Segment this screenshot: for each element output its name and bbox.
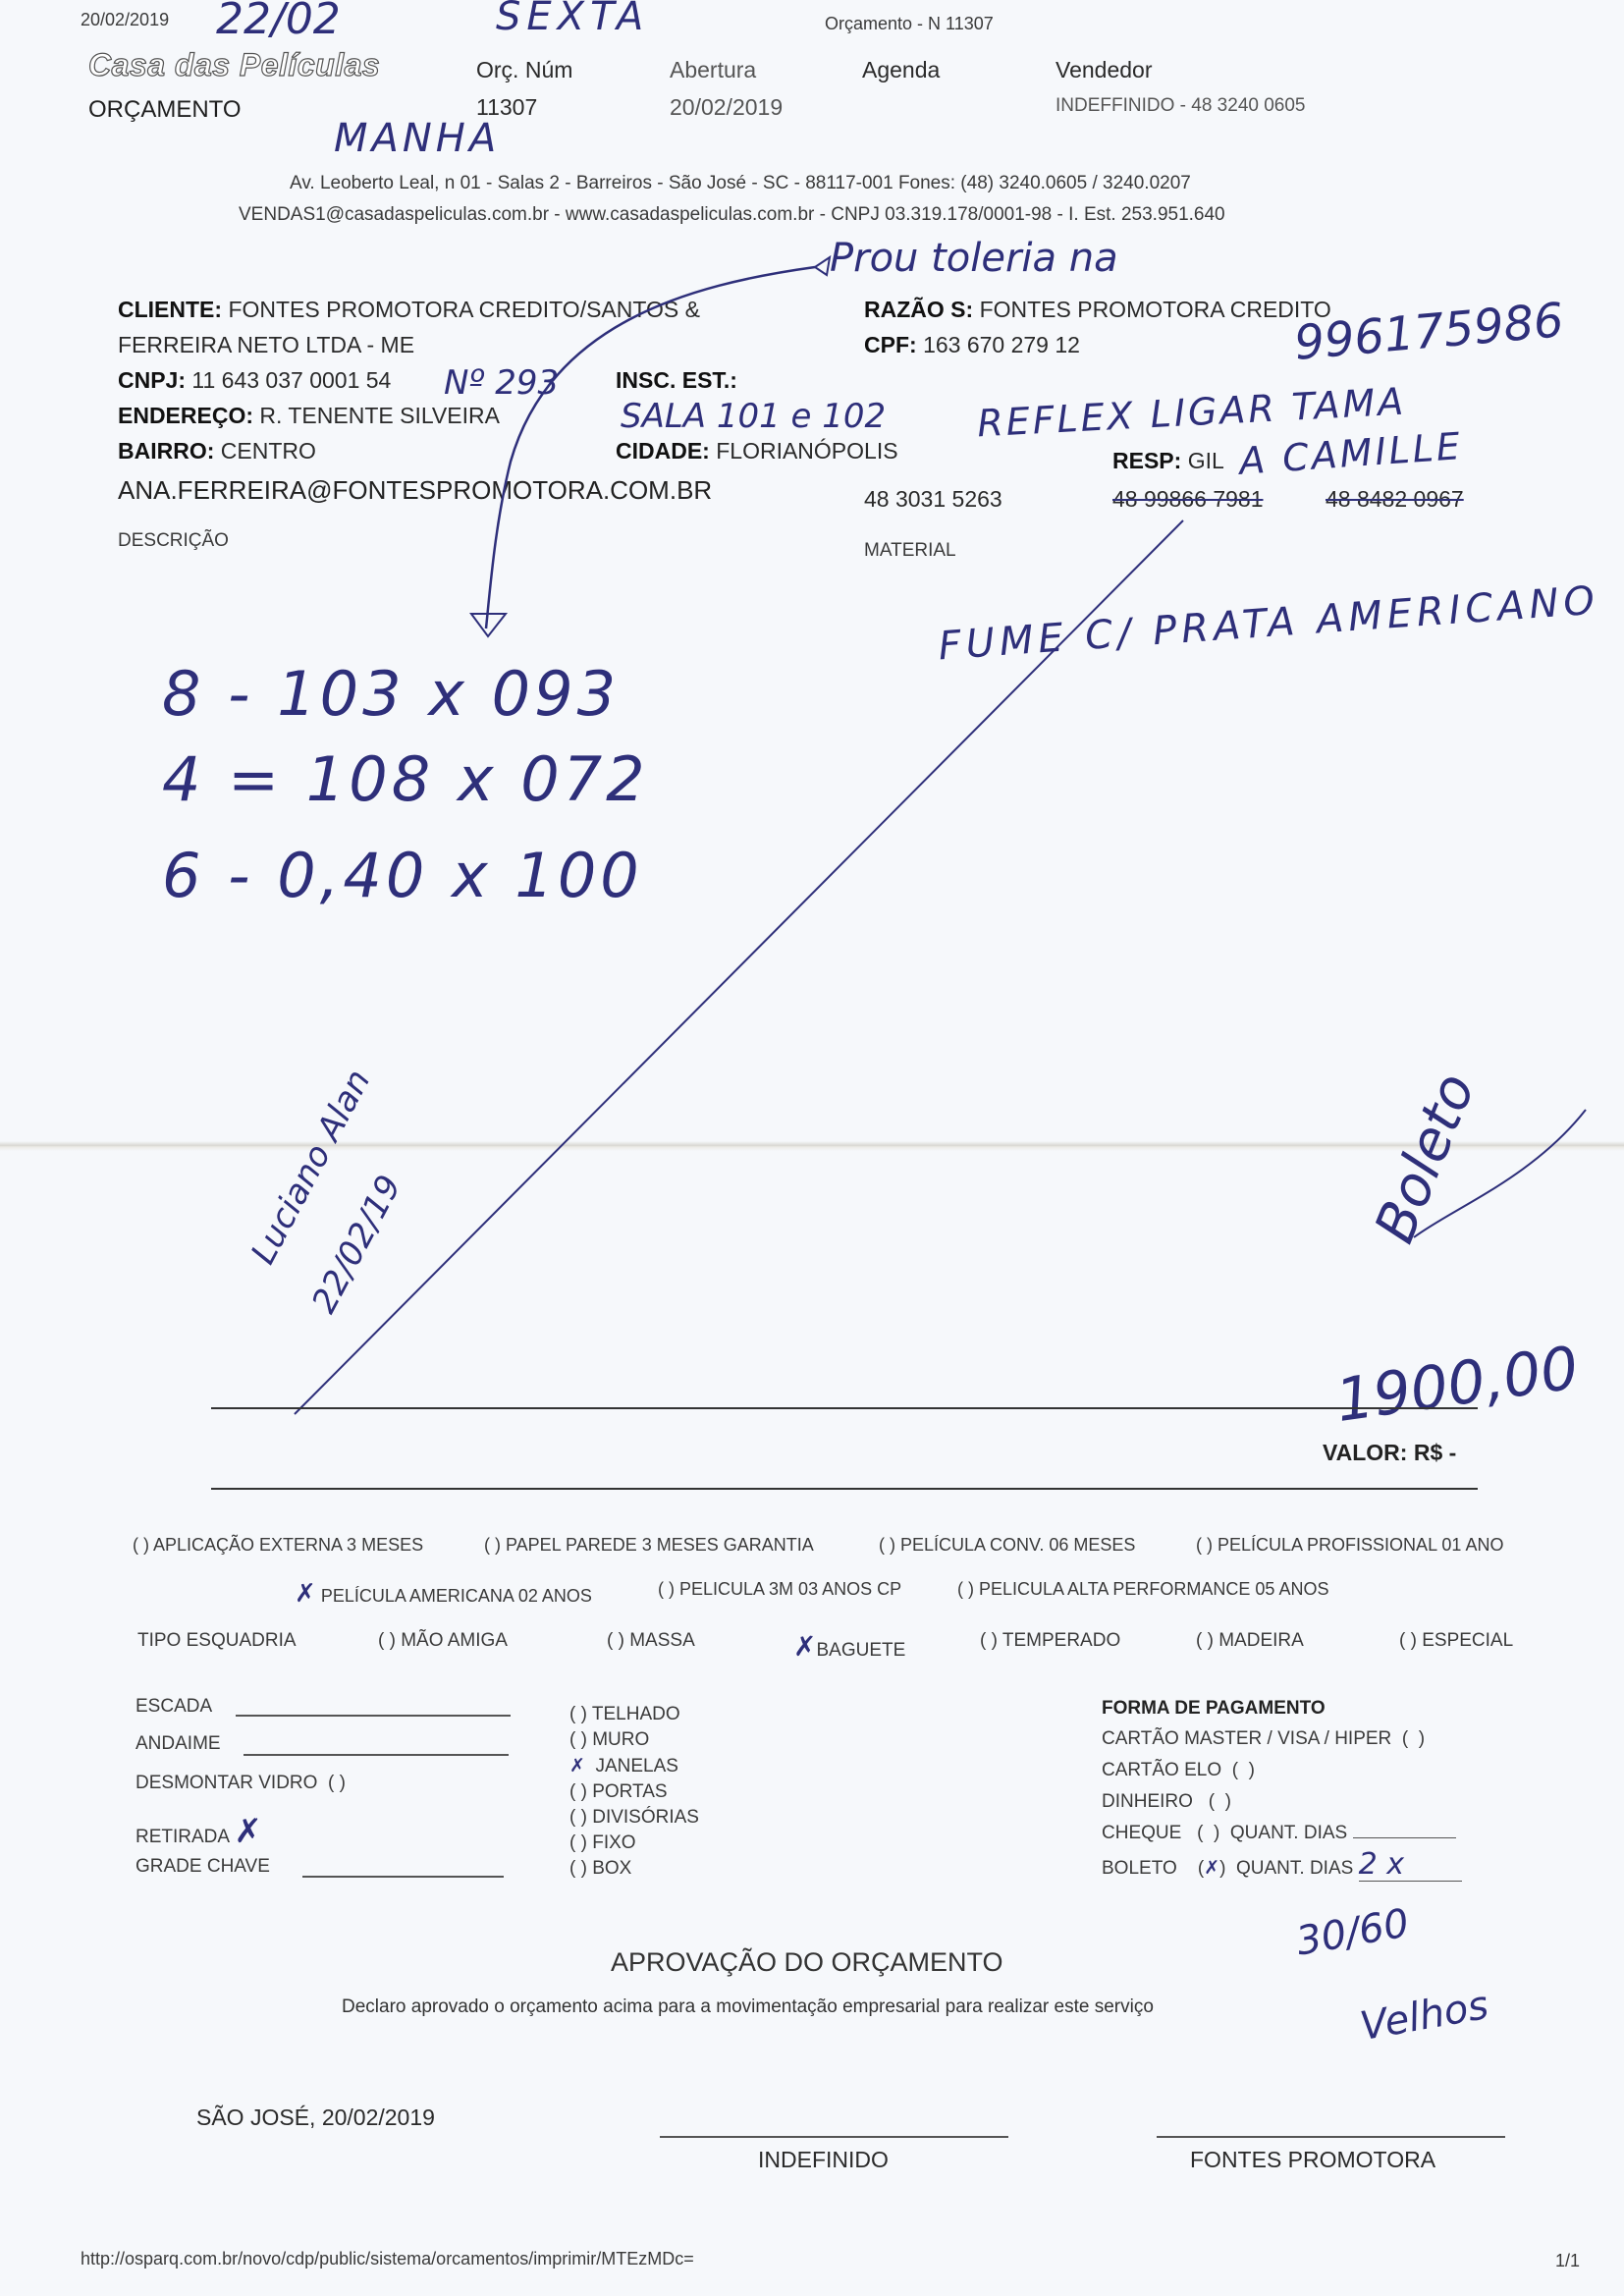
bairro-row: BAIRRO: CENTRO bbox=[118, 438, 316, 465]
local-option[interactable]: ( ) BOX bbox=[569, 1856, 699, 1882]
payment-elo[interactable]: CARTÃO ELO ( ) bbox=[1102, 1755, 1462, 1786]
payment-title: FORMA DE PAGAMENTO bbox=[1102, 1694, 1462, 1723]
handwritten-numero: Nº 293 bbox=[444, 363, 559, 403]
handwritten-manha: MANHA bbox=[334, 116, 500, 161]
handwritten-days: 30/60 bbox=[1293, 1900, 1413, 1964]
local-option[interactable]: ( ) DIVISÓRIAS bbox=[569, 1805, 699, 1831]
phone-2-struck: 48 99866 7981 bbox=[1112, 486, 1264, 513]
service-option[interactable]: ( ) PELICULA ALTA PERFORMANCE 05 ANOS bbox=[957, 1579, 1328, 1600]
cpf-row: CPF: 163 670 279 12 bbox=[864, 332, 1080, 358]
bairro-value: CENTRO bbox=[221, 438, 316, 464]
bairro-label: BAIRRO: bbox=[118, 438, 214, 464]
resp-row: RESP: GIL bbox=[1112, 448, 1224, 474]
handwritten-phone: 996175986 bbox=[1292, 293, 1566, 371]
insc-est-label: INSC. EST.: bbox=[616, 367, 737, 394]
check-mark-icon: ✗ bbox=[569, 1755, 585, 1777]
service-option[interactable]: ( ) PELÍCULA PROFISSIONAL 01 ANO bbox=[1196, 1535, 1503, 1556]
payment-cheque[interactable]: CHEQUE ( ) QUANT. DIAS bbox=[1102, 1818, 1462, 1849]
local-option[interactable]: ( ) FIXO bbox=[569, 1831, 699, 1856]
esquadria-option[interactable]: ( ) MADEIRA bbox=[1196, 1630, 1304, 1652]
vendedor-label: Vendedor bbox=[1056, 57, 1152, 83]
agenda-label: Agenda bbox=[862, 57, 940, 83]
cidade-value: FLORIANÓPOLIS bbox=[716, 438, 897, 464]
page-number: 1/1 bbox=[1555, 2251, 1580, 2271]
print-title: Orçamento - N 11307 bbox=[825, 14, 994, 34]
locais-list: ( ) TELHADO ( ) MURO ✗ JANELAS ( ) PORTA… bbox=[569, 1702, 699, 1882]
service-option[interactable]: ( ) PAPEL PAREDE 3 MESES GARANTIA bbox=[484, 1535, 814, 1556]
valor-line-top bbox=[211, 1407, 1478, 1409]
handwritten-installments: 2 x bbox=[1359, 1849, 1462, 1882]
razao-value: FONTES PROMOTORA CREDITO bbox=[980, 297, 1331, 322]
company-logo: Casa das Películas bbox=[88, 47, 380, 83]
approval-text: Declaro aprovado o orçamento acima para … bbox=[342, 1996, 1154, 2018]
service-option[interactable]: ( ) PELÍCULA CONV. 06 MESES bbox=[879, 1535, 1135, 1556]
check-mark-icon: ✗ bbox=[295, 1579, 316, 1609]
measurement-3: 6 - 0,40 x 100 bbox=[162, 840, 643, 911]
valor-label: VALOR: R$ - bbox=[1323, 1440, 1456, 1466]
retirada-checkbox[interactable]: RETIRADA ✗ bbox=[135, 1812, 262, 1851]
andaime-label: ANDAIME bbox=[135, 1733, 221, 1755]
check-mark-icon: ✗ bbox=[1204, 1857, 1219, 1879]
footer-url: http://osparq.com.br/novo/cdp/public/sis… bbox=[81, 2249, 694, 2269]
handwritten-camille: A CAMILLE bbox=[1238, 424, 1464, 483]
endereco-row: ENDEREÇO: R. TENENTE SILVEIRA bbox=[118, 403, 500, 429]
orc-num-label: Orç. Núm bbox=[476, 57, 572, 83]
desmontar-vidro-checkbox[interactable]: DESMONTAR VIDRO ( ) bbox=[135, 1773, 346, 1794]
service-option-checked[interactable]: ✗ PELÍCULA AMERICANA 02 ANOS bbox=[295, 1579, 592, 1609]
handwritten-approval-sign: Velhos bbox=[1357, 1983, 1491, 2050]
signature-line-right bbox=[1157, 2136, 1505, 2138]
cpf-label: CPF: bbox=[864, 332, 917, 357]
endereco-label: ENDEREÇO: bbox=[118, 403, 253, 428]
abertura-label: Abertura bbox=[670, 57, 756, 83]
endereco-value: R. TENENTE SILVEIRA bbox=[259, 403, 500, 428]
local-option-checked[interactable]: ✗ JANELAS bbox=[569, 1753, 699, 1779]
cliente-value-2: FERREIRA NETO LTDA - ME bbox=[118, 332, 414, 358]
escada-label: ESCADA bbox=[135, 1696, 212, 1718]
signature-right-name: FONTES PROMOTORA bbox=[1190, 2147, 1435, 2173]
local-option[interactable]: ( ) MURO bbox=[569, 1727, 699, 1753]
razao-label: RAZÃO S: bbox=[864, 297, 973, 322]
payment-section: FORMA DE PAGAMENTO CARTÃO MASTER / VISA … bbox=[1102, 1694, 1462, 1885]
doc-type: ORÇAMENTO bbox=[88, 96, 242, 124]
razao-row: RAZÃO S: FONTES PROMOTORA CREDITO bbox=[864, 297, 1331, 323]
esquadria-option-checked[interactable]: ✗BAGUETE bbox=[793, 1630, 905, 1663]
measurement-1: 8 - 103 x 093 bbox=[162, 658, 620, 730]
check-mark-icon: ✗ bbox=[234, 1812, 262, 1851]
valor-line-bottom bbox=[211, 1488, 1478, 1490]
cidade-label: CIDADE: bbox=[616, 438, 710, 464]
handwritten-boleto: Boleto bbox=[1363, 1065, 1488, 1251]
service-option[interactable]: ( ) PELICULA 3M 03 ANOS CP bbox=[658, 1579, 901, 1600]
abertura-value: 20/02/2019 bbox=[670, 94, 783, 121]
local-option[interactable]: ( ) PORTAS bbox=[569, 1779, 699, 1805]
signature-left-name: INDEFINIDO bbox=[758, 2147, 889, 2173]
escada-field[interactable] bbox=[236, 1715, 511, 1717]
client-email: ANA.FERREIRA@FONTESPROMOTORA.COM.BR bbox=[118, 475, 712, 506]
place-date: SÃO JOSÉ, 20/02/2019 bbox=[196, 2105, 435, 2131]
resp-label: RESP: bbox=[1112, 448, 1181, 473]
phone-1: 48 3031 5263 bbox=[864, 486, 1002, 513]
local-option[interactable]: ( ) TELHADO bbox=[569, 1702, 699, 1727]
cnpj-row: CNPJ: 11 643 037 0001 54 bbox=[118, 367, 391, 394]
material-label: MATERIAL bbox=[864, 540, 956, 562]
cidade-row: CIDADE: FLORIANÓPOLIS bbox=[616, 438, 898, 465]
handwritten-sala: SALA 101 e 102 bbox=[621, 397, 886, 436]
signature-line-left bbox=[660, 2136, 1008, 2138]
cliente-row: CLIENTE: FONTES PROMOTORA CREDITO/SANTOS… bbox=[118, 297, 700, 323]
esquadria-option[interactable]: ( ) MASSA bbox=[607, 1630, 695, 1652]
paper-fold bbox=[0, 1141, 1624, 1151]
handwritten-material-note: FUME C/ PRATA AMERICANO bbox=[937, 578, 1600, 670]
esquadria-label: TIPO ESQUADRIA bbox=[137, 1630, 297, 1652]
handwritten-day: SEXTA bbox=[496, 0, 649, 39]
esquadria-option[interactable]: ( ) MÃO AMIGA bbox=[378, 1630, 508, 1652]
company-contact: VENDAS1@casadaspeliculas.com.br - www.ca… bbox=[239, 204, 1225, 226]
measurement-2: 4 = 108 x 072 bbox=[162, 743, 649, 815]
grade-chave-label: GRADE CHAVE bbox=[135, 1856, 270, 1878]
handwritten-date: 22/02 bbox=[216, 0, 341, 44]
check-mark-icon: ✗ bbox=[793, 1630, 816, 1663]
descricao-label: DESCRIÇÃO bbox=[118, 530, 229, 552]
phone-3-struck: 48 8482 0967 bbox=[1326, 486, 1464, 513]
vendedor-value: INDEFFINIDO - 48 3240 0605 bbox=[1056, 95, 1306, 117]
service-option[interactable]: ( ) APLICAÇÃO EXTERNA 3 MESES bbox=[133, 1535, 423, 1556]
company-address: Av. Leoberto Leal, n 01 - Salas 2 - Barr… bbox=[290, 173, 1191, 194]
cliente-label: CLIENTE: bbox=[118, 297, 222, 322]
cnpj-label: CNPJ: bbox=[118, 367, 186, 393]
approval-title: APROVAÇÃO DO ORÇAMENTO bbox=[611, 1947, 1003, 1978]
payment-boleto-checked[interactable]: BOLETO (✗) QUANT. DIAS 2 x bbox=[1102, 1849, 1462, 1885]
grade-chave-field[interactable] bbox=[302, 1876, 504, 1878]
resp-value: GIL bbox=[1188, 448, 1224, 473]
esquadria-option[interactable]: ( ) TEMPERADO bbox=[980, 1630, 1120, 1652]
cliente-value: FONTES PROMOTORA CREDITO/SANTOS & bbox=[228, 297, 700, 322]
handwritten-amount: 1900,00 bbox=[1331, 1334, 1582, 1436]
andaime-field[interactable] bbox=[244, 1754, 509, 1756]
print-date: 20/02/2019 bbox=[81, 10, 169, 30]
esquadria-option[interactable]: ( ) ESPECIAL bbox=[1399, 1630, 1513, 1652]
cpf-value: 163 670 279 12 bbox=[923, 332, 1080, 357]
cnpj-value: 11 643 037 0001 54 bbox=[191, 367, 391, 393]
payment-dinheiro[interactable]: DINHEIRO ( ) bbox=[1102, 1786, 1462, 1818]
handwritten-proutoleria: Prou toleria na bbox=[830, 236, 1118, 281]
payment-master-visa[interactable]: CARTÃO MASTER / VISA / HIPER ( ) bbox=[1102, 1723, 1462, 1755]
